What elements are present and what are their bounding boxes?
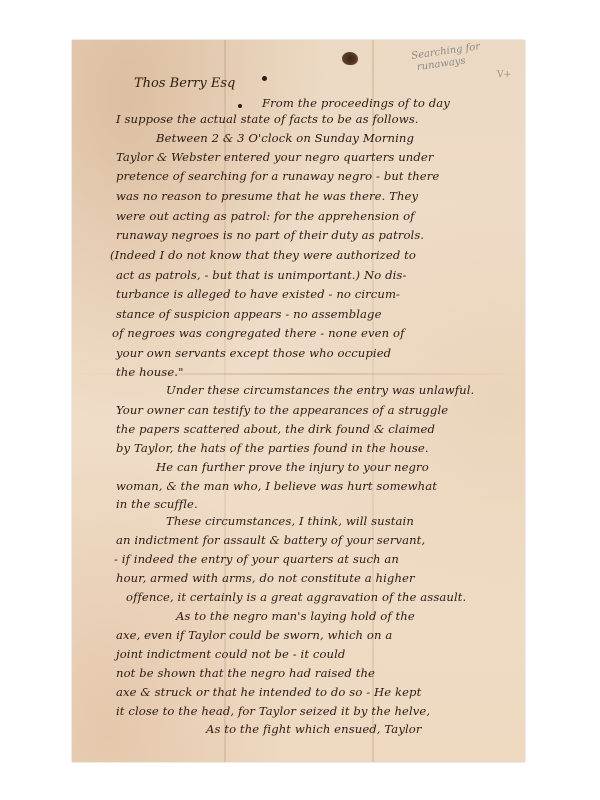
letter-line: Your owner can testify to the appearance… <box>116 403 448 417</box>
letter-line: runaway negroes is no part of their duty… <box>116 228 424 242</box>
letter-line: woman, & the man who, I believe was hurt… <box>116 479 437 493</box>
letter-line: your own servants except those who occup… <box>116 346 391 360</box>
letter-line: As to the fight which ensued, Taylor <box>206 722 422 736</box>
letter-line: by Taylor, the hats of the parties found… <box>116 441 429 455</box>
letter-line: it close to the head, for Taylor seized … <box>116 704 430 718</box>
letter-line: the papers scattered about, the dirk fou… <box>116 422 435 436</box>
letter-line: - if indeed the entry of your quarters a… <box>114 552 399 566</box>
letter-line: (Indeed I do not know that they were aut… <box>110 248 416 262</box>
letter-page: Searching for runaways V+ Thos Berry Esq… <box>72 40 525 762</box>
letter-line: were out acting as patrol: for the appre… <box>116 209 415 223</box>
letter-line: From the proceedings of to day <box>262 96 450 110</box>
letter-line: an indictment for assault & battery of y… <box>116 533 425 547</box>
letter-line: axe, even if Taylor could be sworn, whic… <box>116 628 392 642</box>
letter-line: not be shown that the negro had raised t… <box>116 666 375 680</box>
letter-line: Under these circumstances the entry was … <box>166 383 474 397</box>
letter-line: axe & struck or that he intended to do s… <box>116 685 421 699</box>
letter-line: I suppose the actual state of facts to b… <box>116 112 419 126</box>
letter-line: Taylor & Webster entered your negro quar… <box>116 150 434 164</box>
letter-line: act as patrols, - but that is unimportan… <box>116 268 406 282</box>
letter-line: the house." <box>116 365 184 379</box>
letter-line: hour, armed with arms, do not constitute… <box>116 571 415 585</box>
letter-line: These circumstances, I think, will susta… <box>166 514 414 528</box>
letter-line: joint indictment could not be - it could <box>116 647 345 661</box>
letter-line: of negroes was congregated there - none … <box>112 326 404 340</box>
letter-line: stance of suspicion appears - no assembl… <box>116 307 382 321</box>
letter-line: He can further prove the injury to your … <box>156 460 429 474</box>
letter-line: in the scuffle. <box>116 497 198 511</box>
letter-line: was no reason to presume that he was the… <box>116 189 418 203</box>
letter-line: turbance is alleged to have existed - no… <box>116 287 400 301</box>
letter-line: pretence of searching for a runaway negr… <box>116 169 439 183</box>
letter-line: As to the negro man's laying hold of the <box>176 609 415 623</box>
letter-body: From the proceedings of to dayI suppose … <box>72 40 525 762</box>
letter-line: Between 2 & 3 O'clock on Sunday Morning <box>156 131 414 145</box>
letter-line: offence, it certainly is a great aggrava… <box>126 590 466 604</box>
